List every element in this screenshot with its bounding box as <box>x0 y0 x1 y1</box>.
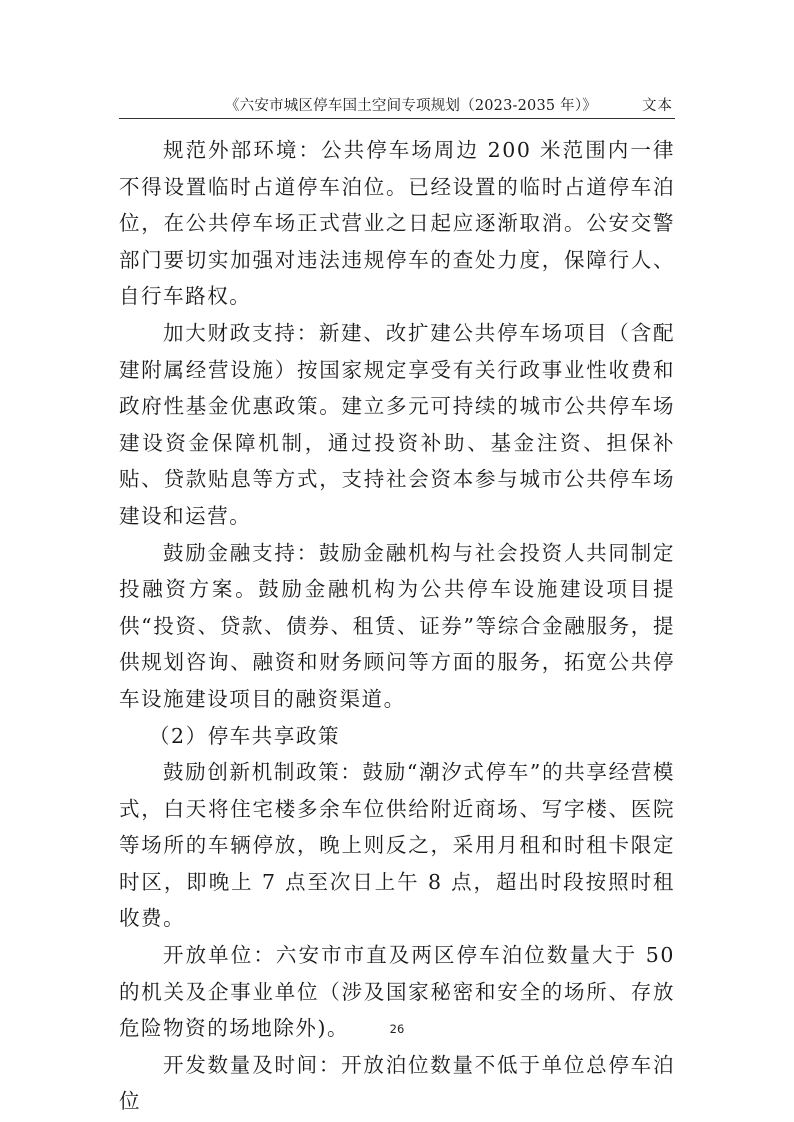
page-header: 《六安市城区停车国土空间专项规划（2023-2035 年）》 文本 <box>119 92 675 119</box>
page-number: 26 <box>0 1022 794 1036</box>
paragraph-financial-support: 加大财政支持：新建、改扩建公共停车场项目（含配建附属经营设施）按国家规定享受有关… <box>119 315 675 535</box>
document-type-label: 文本 <box>642 94 673 115</box>
paragraph-innovation-mechanism: 鼓励创新机制政策：鼓励“潮汐式停车”的共享经营模式，白天将住宅楼多余车位供给附近… <box>119 754 675 937</box>
paragraph-external-environment: 规范外部环境：公共停车场周边 200 米范围内一律不得设置临时占道停车泊位。已经… <box>119 132 675 315</box>
page-body: 规范外部环境：公共停车场周边 200 米范围内一律不得设置临时占道停车泊位。已经… <box>119 132 675 1120</box>
section-heading-parking-sharing: （2）停车共享政策 <box>119 718 675 755</box>
document-title: 《六安市城区停车国土空间专项规划（2023-2035 年）》 <box>225 94 597 115</box>
paragraph-finance-support: 鼓励金融支持：鼓励金融机构与社会投资人共同制定投融资方案。鼓励金融机构为公共停车… <box>119 535 675 718</box>
paragraph-open-quantity-time: 开发数量及时间：开放泊位数量不低于单位总停车泊位 <box>119 1047 675 1120</box>
